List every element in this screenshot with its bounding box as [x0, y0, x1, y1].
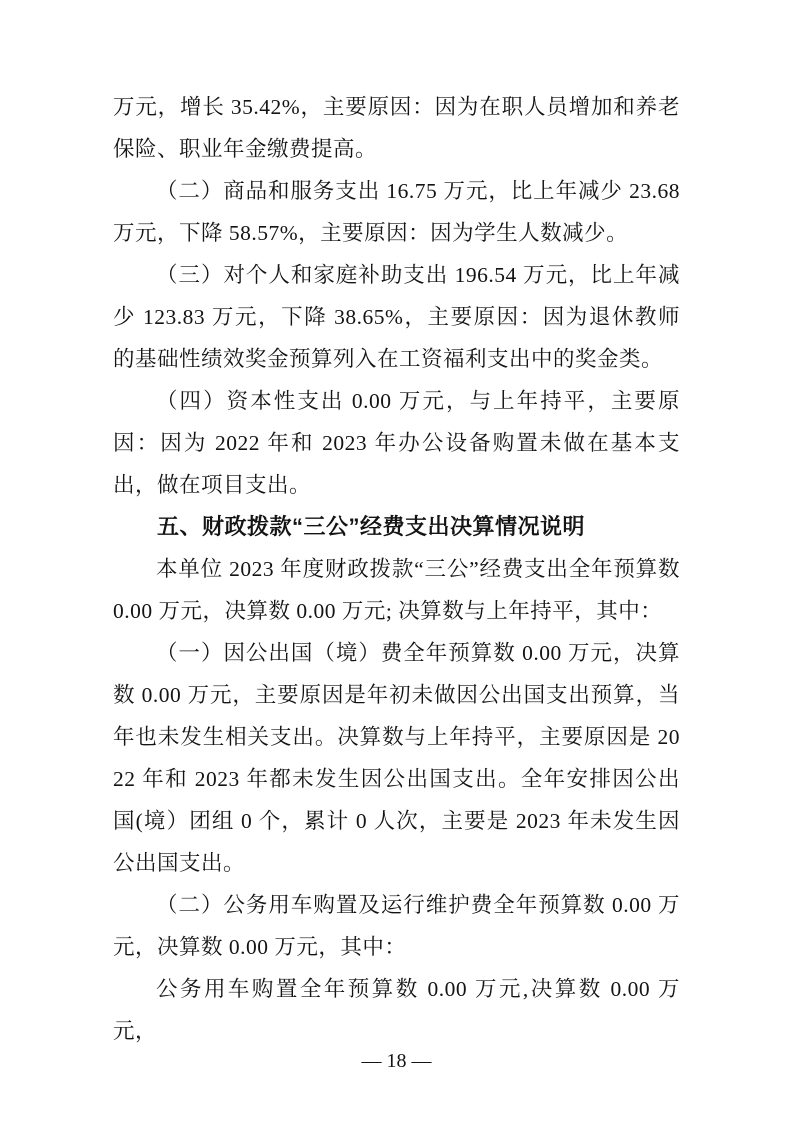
body-paragraph-goods-services: （二）商品和服务支出 16.75 万元，比上年减少 23.68 万元，下降 58…	[113, 170, 680, 254]
document-page: 万元，增长 35.42%，主要原因：因为在职人员增加和养老保险、职业年金缴费提高…	[0, 0, 793, 1122]
body-paragraph-capital: （四）资本性支出 0.00 万元，与上年持平，主要原因：因为 2022 年和 2…	[113, 380, 680, 506]
body-paragraph-sangong-summary: 本单位 2023 年度财政拨款“三公”经费支出全年预算数 0.00 万元，决算数…	[113, 548, 680, 632]
section-heading: 五、财政拨款“三公”经费支出决算情况说明	[113, 506, 680, 548]
page-number: — 18 —	[0, 1050, 793, 1072]
body-paragraph-vehicle-purchase: 公务用车购置全年预算数 0.00 万元,决算数 0.00 万元，	[113, 968, 680, 1052]
body-paragraph-continuation: 万元，增长 35.42%，主要原因：因为在职人员增加和养老保险、职业年金缴费提高…	[113, 86, 680, 170]
body-paragraph-abroad: （一）因公出国（境）费全年预算数 0.00 万元，决算数 0.00 万元，主要原…	[113, 632, 680, 884]
document-body: 万元，增长 35.42%，主要原因：因为在职人员增加和养老保险、职业年金缴费提高…	[113, 86, 680, 1052]
body-paragraph-vehicle: （二）公务用车购置及运行维护费全年预算数 0.00 万元，决算数 0.00 万元…	[113, 884, 680, 968]
body-paragraph-individual-family: （三）对个人和家庭补助支出 196.54 万元，比上年减少 123.83 万元，…	[113, 254, 680, 380]
